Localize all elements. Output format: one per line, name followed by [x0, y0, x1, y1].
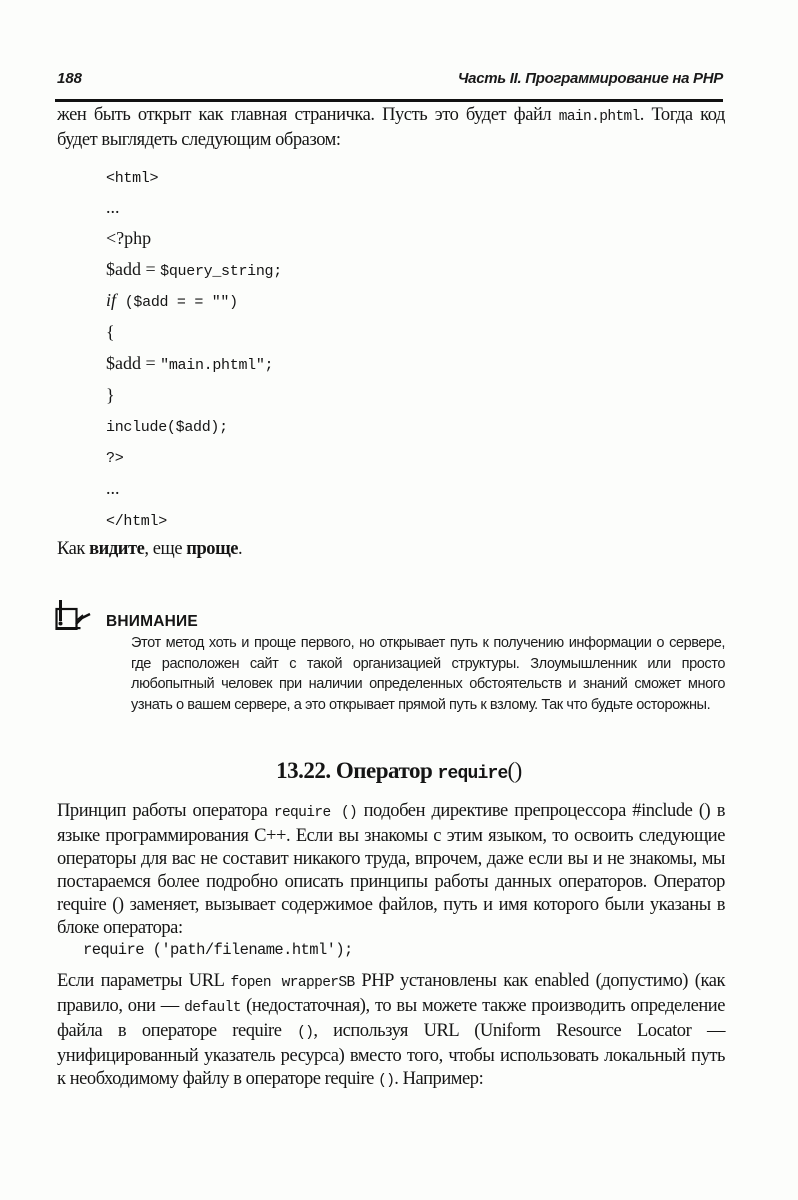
code-line: $add = $query_string;: [106, 258, 282, 280]
header-rule: [55, 99, 723, 102]
code-line: $add = "main.phtml";: [106, 352, 273, 374]
intro-filename: main.phtml: [559, 109, 640, 125]
conclusion-text: , еще: [144, 539, 186, 559]
conclusion-text: .: [238, 539, 242, 559]
code-text: include($add);: [106, 419, 228, 436]
warning-text: Этот метод хоть и проще первого, но откр…: [131, 633, 725, 715]
inline-code: (): [378, 1073, 394, 1089]
code-prefix: $add =: [106, 259, 160, 279]
code-text: <?php: [106, 228, 151, 248]
code-text: </html>: [106, 513, 167, 530]
code-line: </html>: [106, 509, 167, 531]
conclusion-emphasis: проще: [186, 539, 238, 559]
inline-code: default: [184, 1000, 241, 1016]
paragraph-text: . Например:: [394, 1069, 483, 1089]
code-prefix: $add =: [106, 353, 160, 373]
code-line: ...: [106, 196, 120, 218]
conclusion-text: Как: [57, 539, 89, 559]
running-head: Часть II. Программирование на PHP: [458, 70, 723, 87]
code-line: if ($add = = ""): [106, 289, 238, 311]
section-title-parens: (): [508, 758, 522, 783]
page-number: 188: [57, 70, 82, 87]
code-line: <?php: [106, 227, 151, 249]
conclusion-emphasis: видите: [89, 539, 144, 559]
intro-text: жен быть открыт как главная страничка. П…: [57, 105, 559, 125]
code-text: $query_string;: [160, 263, 282, 280]
section-title-code: require: [438, 764, 508, 784]
section-number: 13.22.: [276, 758, 331, 783]
inline-code: fopen wrapperSB: [231, 975, 355, 991]
code-text: }: [106, 385, 115, 405]
section-title: 13.22. Оператор require(): [0, 758, 798, 784]
inline-code: require (): [274, 805, 357, 821]
hand-pointer-warning-icon: [55, 600, 95, 630]
code-text: {: [106, 322, 115, 342]
section-title-text: Оператор: [336, 758, 432, 783]
paragraph-require-intro: Принцип работы оператора require () подо…: [57, 800, 725, 940]
require-example: require ('path/filename.html');: [83, 941, 353, 959]
paragraph-url-wrappers: Если параметры URL fopen wrapperSB PHP у…: [57, 970, 725, 1093]
page-header: 188 Часть II. Программирование на PHP: [57, 70, 723, 92]
code-text: ...: [106, 478, 120, 498]
code-line: {: [106, 321, 115, 343]
intro-paragraph: жен быть открыт как главная страничка. П…: [57, 104, 725, 152]
code-text: ?>: [106, 450, 123, 467]
code-text: "main.phtml";: [160, 357, 273, 374]
code-text: <html>: [106, 170, 158, 187]
code-line: ?>: [106, 446, 123, 468]
conclusion: Как видите, еще проще.: [57, 538, 725, 561]
warning-title: ВНИМАНИЕ: [106, 613, 198, 631]
code-text: ($add = = ""): [116, 294, 238, 311]
inline-code: (): [297, 1025, 313, 1041]
code-line: }: [106, 384, 115, 406]
paragraph-text: Если параметры URL: [57, 971, 231, 991]
paragraph-text: Принцип работы оператора: [57, 801, 274, 821]
code-line: <html>: [106, 166, 158, 188]
code-keyword: if: [106, 290, 116, 310]
code-line: include($add);: [106, 415, 228, 437]
paragraph-text: подобен директиве препроцессора #include…: [57, 801, 725, 938]
code-line: ...: [106, 477, 120, 499]
code-text: ...: [106, 197, 120, 217]
